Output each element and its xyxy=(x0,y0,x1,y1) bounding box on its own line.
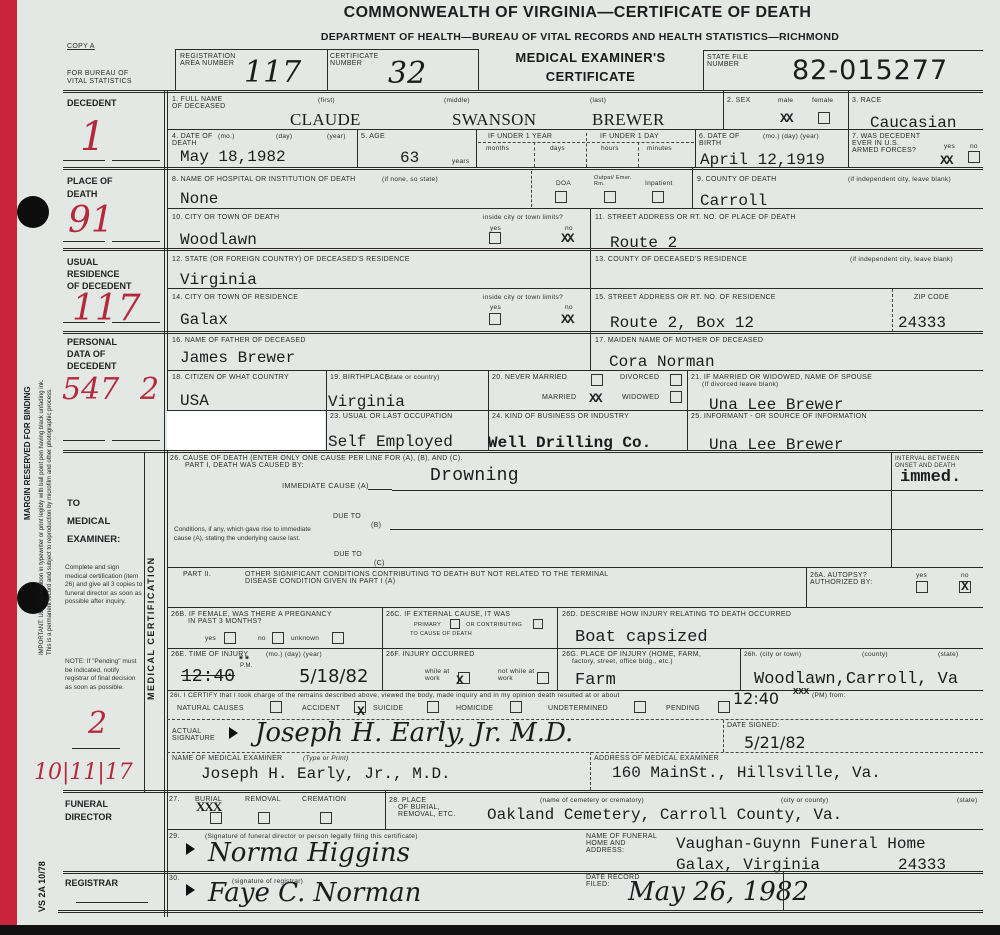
homicide-checkbox[interactable] xyxy=(510,701,522,713)
copy-label: COPY A xyxy=(67,43,95,51)
doa-checkbox[interactable] xyxy=(555,191,567,203)
section-decedent: DECEDENT xyxy=(67,97,117,110)
date-record-filed: May 26, 1982 xyxy=(628,877,809,907)
death-inside-limits-yes-checkbox[interactable] xyxy=(489,232,501,244)
suicide-checkbox[interactable] xyxy=(427,701,439,713)
pending-checkbox[interactable] xyxy=(718,701,730,713)
certify-statement: 26i. I CERTIFY that I took charge of the… xyxy=(170,692,620,700)
natural-causes-checkbox[interactable] xyxy=(270,701,282,713)
interval-onset-death: immed. xyxy=(900,469,961,487)
residence-state: Virginia xyxy=(180,271,257,289)
personal-code-a: 547 xyxy=(62,372,119,407)
conditions-note: Conditions, if any, which gave rise to i… xyxy=(174,526,319,543)
time-of-injury: 12:40 xyxy=(181,668,235,686)
hospital-name: None xyxy=(180,190,218,208)
form-type-line2: CERTIFICATE xyxy=(478,69,703,84)
medical-examiner-instructions: Complete and sign medical certification … xyxy=(65,564,143,607)
race: Caucasian xyxy=(870,114,956,132)
middle-name: SWANSON xyxy=(452,110,536,130)
divorced-checkbox[interactable] xyxy=(670,374,682,386)
occupation: Self Employed xyxy=(328,433,453,451)
removal-checkbox[interactable] xyxy=(258,812,270,824)
bureau-label: VITAL STATISTICS xyxy=(67,78,132,86)
medical-examiner-address: 160 MainSt., Hillsville, Va. xyxy=(612,764,881,782)
contributing-cause-checkbox[interactable] xyxy=(533,619,543,629)
sex-female-checkbox[interactable] xyxy=(818,112,830,124)
residence-inside-limits-yes-checkbox[interactable] xyxy=(489,313,501,325)
pregnancy-unknown-checkbox[interactable] xyxy=(332,632,344,644)
medical-certification-label: MEDICAL CERTIFICATION xyxy=(146,556,156,700)
certificate-number: 32 xyxy=(388,56,426,91)
sex-male-checkbox[interactable]: XX xyxy=(780,111,792,126)
binding-margin-strip xyxy=(0,0,17,925)
signature-arrow-icon xyxy=(229,727,238,739)
first-name: CLAUDE xyxy=(290,110,361,130)
armed-forces-yes-checkbox[interactable]: XX xyxy=(940,153,952,168)
injury-description: Boat capsized xyxy=(575,629,708,647)
personal-code-b: 2 xyxy=(140,372,159,407)
registration-area-number: 117 xyxy=(244,55,301,90)
important-notice-2: This is a permanent record and subject t… xyxy=(47,388,53,655)
important-notice-1: IMPORTANT: Use black ribbon in typewrite… xyxy=(39,379,45,655)
funeral-director-signature: Norma Higgins xyxy=(208,838,410,868)
decedent-code: 1 xyxy=(80,114,105,160)
registrar-signature: Faye C. Norman xyxy=(208,878,421,908)
punch-hole xyxy=(17,196,49,228)
citizenship: USA xyxy=(180,392,209,410)
place-code: 91 xyxy=(68,200,114,241)
medical-code-a: 2 xyxy=(88,706,107,741)
undetermined-checkbox[interactable] xyxy=(634,701,646,713)
pregnancy-no-checkbox[interactable] xyxy=(272,632,284,644)
form-code: VS 2A 10/78 xyxy=(37,861,47,912)
residence-street: Route 2, Box 12 xyxy=(610,314,754,332)
registrar-signature-arrow-icon xyxy=(186,884,195,896)
residence-city: Galax xyxy=(180,311,228,329)
medical-examiner-signature: Joseph H. Early, Jr. M.D. xyxy=(255,718,573,748)
death-certificate: MARGIN RESERVED FOR BINDING IMPORTANT: U… xyxy=(0,0,1000,925)
scan-border xyxy=(0,925,1000,935)
director-signature-arrow-icon xyxy=(186,843,195,855)
autopsy-yes-checkbox[interactable] xyxy=(916,581,928,593)
pending-note: NOTE: If "Pending" must be indicated, no… xyxy=(65,658,143,692)
father-name: James Brewer xyxy=(180,349,295,367)
state-file-number: 82-015277 xyxy=(792,55,948,86)
burial-checkbox[interactable] xyxy=(210,812,222,824)
inpatient-checkbox[interactable] xyxy=(652,191,664,203)
cremation-checkbox[interactable] xyxy=(320,812,332,824)
pregnancy-yes-checkbox[interactable] xyxy=(224,632,236,644)
outpatient-checkbox[interactable] xyxy=(604,191,616,203)
department-subtitle: DEPARTMENT OF HEALTH—BUREAU OF VITAL REC… xyxy=(0,31,1000,43)
widowed-checkbox[interactable] xyxy=(670,391,682,403)
date-of-injury: 5/18/82 xyxy=(299,668,368,686)
not-at-work-checkbox[interactable] xyxy=(537,672,549,684)
age: 63 xyxy=(400,149,419,167)
residence-zip: 24333 xyxy=(898,314,946,332)
medical-code-b: 10|11|17 xyxy=(34,760,133,785)
never-married-checkbox[interactable] xyxy=(591,374,603,386)
certificate-title: COMMONWEALTH OF VIRGINIA—CERTIFICATE OF … xyxy=(0,4,1000,22)
county-of-death: Carroll xyxy=(700,192,767,210)
last-name: BREWER xyxy=(592,110,665,130)
city-of-death: Woodlawn xyxy=(180,231,257,249)
armed-forces-no-checkbox[interactable] xyxy=(968,151,980,163)
birthplace: Virginia xyxy=(328,393,405,411)
place-of-burial: Oakland Cemetery, Carroll County, Va. xyxy=(487,806,842,824)
funeral-home-name: Vaughan-Guynn Funeral Home xyxy=(676,835,926,853)
redacted-field xyxy=(167,411,325,451)
immediate-cause: Drowning xyxy=(430,466,519,486)
date-of-death: May 18,1982 xyxy=(180,148,286,166)
death-inside-limits-no-checkbox[interactable]: XX xyxy=(561,231,573,246)
binding-margin-label: MARGIN RESERVED FOR BINDING xyxy=(23,386,32,520)
medical-examiner-name: Joseph H. Early, Jr., M.D. xyxy=(201,765,451,783)
date-signed: 5/21/82 xyxy=(744,734,806,752)
form-type-line1: MEDICAL EXAMINER'S xyxy=(478,50,703,65)
place-of-injury: Farm xyxy=(575,672,616,690)
accident-mark: X xyxy=(357,704,363,719)
married-checkbox[interactable]: XX xyxy=(589,391,601,406)
spouse-name: Una Lee Brewer xyxy=(709,396,843,414)
bureau-label: FOR BUREAU OF xyxy=(67,70,128,78)
while-at-work-mark: X xyxy=(456,673,462,688)
injury-location: Woodlawn,Carroll, Va xyxy=(754,671,958,689)
mother-maiden-name: Cora Norman xyxy=(609,353,715,371)
primary-cause-checkbox[interactable] xyxy=(450,619,460,629)
residence-inside-limits-no-checkbox[interactable]: XX xyxy=(561,312,573,327)
autopsy-no-mark: X xyxy=(961,579,967,594)
certify-time: 12:40 xyxy=(733,690,779,708)
